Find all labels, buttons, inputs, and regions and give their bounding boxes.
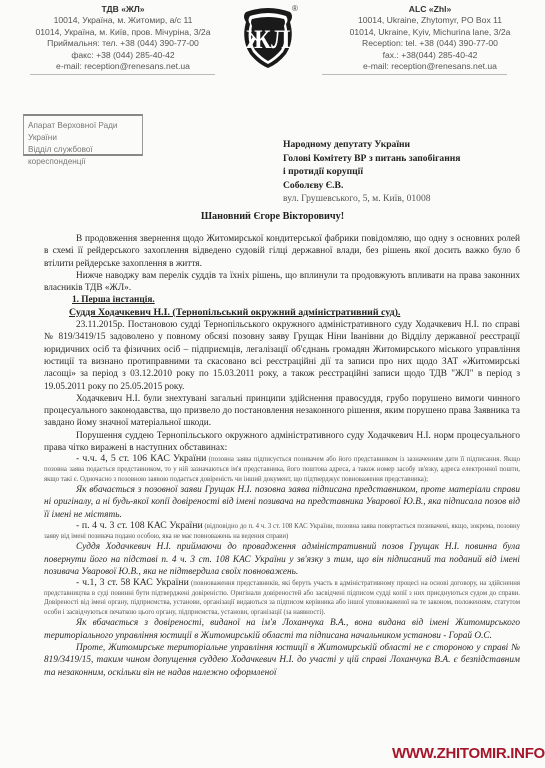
site-watermark: WWW.ZHITOMIR.INFO — [392, 745, 545, 762]
company-name-en: ALC «Zhl» — [315, 4, 545, 15]
address-line: 10014, Україна, м. Житомир, а/с 11 — [8, 15, 238, 26]
company-name-ua: ТДВ «ЖЛ» — [8, 4, 238, 15]
greeting: Шановний Єгоре Вікторовичу! — [0, 211, 545, 222]
phone-line: Reception: tel. +38 (044) 390-77-00 — [315, 38, 545, 49]
addressee-block: Народному депутату України Голові Коміте… — [283, 138, 460, 206]
address-line: 01014, Україна, м. Київ, пров. Мічуріна,… — [8, 27, 238, 38]
law-citation: - п. 4 ч. 3 ст. 108 КАС України (відпові… — [44, 521, 520, 541]
fax-line: fax.: +38(044) 285-40-42 — [315, 50, 545, 61]
addressee-name: Соболєву Є.В. — [283, 179, 460, 193]
address-line: 01014, Ukraine, Kyiv, Michurina lane, 3/… — [315, 27, 545, 38]
stamp-line: Відділ службової кореспонденції — [28, 144, 140, 168]
law-ref: - ч.ч. 4, 5 ст. 106 КАС України — [76, 453, 206, 464]
paragraph: В продовження звернення щодо Житомирсько… — [44, 233, 520, 270]
paragraph: Нижче наводжу вам перелік суддів та їхні… — [44, 270, 520, 295]
letter-body: В продовження звернення щодо Житомирсько… — [44, 233, 520, 679]
law-citation: - ч.1, 3 ст. 58 КАС України (повноваженн… — [44, 578, 520, 617]
divider — [30, 74, 215, 75]
section-heading: 1. Перша інстанція. — [72, 294, 520, 306]
paragraph: Порушення суддею Тернопільського окружно… — [44, 430, 520, 455]
law-ref: - ч.1, 3 ст. 58 КАС України — [76, 577, 189, 588]
addressee-line: Голові Комітету ВР з питань запобігання — [283, 152, 460, 166]
registered-mark: ® — [292, 4, 298, 13]
email-line: e-mail: reception@renesans.net.ua — [8, 61, 238, 72]
fax-line: факс: +38 (044) 285-40-42 — [8, 50, 238, 61]
stamp-line: Апарат Верховної Ради України — [28, 120, 140, 144]
addressee-line: Народному депутату України — [283, 138, 460, 152]
paragraph: Ходачкевич Н.І. були знехтувані загальні… — [44, 393, 520, 430]
svg-text:ЖЛ: ЖЛ — [245, 25, 290, 54]
phone-line: Приймальня: тел. +38 (044) 390-77-00 — [8, 38, 238, 49]
paragraph: Проте, Житомирське територіальне управлі… — [44, 642, 520, 679]
letterhead-ukrainian: ТДВ «ЖЛ» 10014, Україна, м. Житомир, а/с… — [8, 4, 238, 72]
paragraph: Як вбачається з довіреності, виданої на … — [44, 617, 520, 642]
registration-stamp: Апарат Верховної Ради України Відділ слу… — [23, 114, 143, 156]
paragraph: Як вбачається з позовної заяви Грущак Н.… — [44, 484, 520, 521]
divider — [322, 74, 507, 75]
address-line: 10014, Ukraine, Zhytomyr, PO Box 11 — [315, 15, 545, 26]
letterhead-english: ALC «Zhl» 10014, Ukraine, Zhytomyr, PO B… — [315, 4, 545, 72]
paragraph: 23.11.2015р. Постановою судді Тернопільс… — [44, 319, 520, 393]
email-line: e-mail: reception@renesans.net.ua — [315, 61, 545, 72]
zhl-shield-logo-icon: ЖЛ — [240, 6, 296, 70]
law-ref: - п. 4 ч. 3 ст. 108 КАС України — [76, 520, 203, 531]
judge-heading: Суддя Ходачкевич Н.І. (Тернопільський ок… — [69, 307, 520, 319]
addressee-address: вул. Грушевського, 5, м. Київ, 01008 — [283, 192, 460, 206]
addressee-line: і протидії корупції — [283, 165, 460, 179]
paragraph: Суддя Ходачкевич Н.І. приймаючи до прова… — [44, 541, 520, 578]
law-citation: - ч.ч. 4, 5 ст. 106 КАС України (позовна… — [44, 454, 520, 484]
